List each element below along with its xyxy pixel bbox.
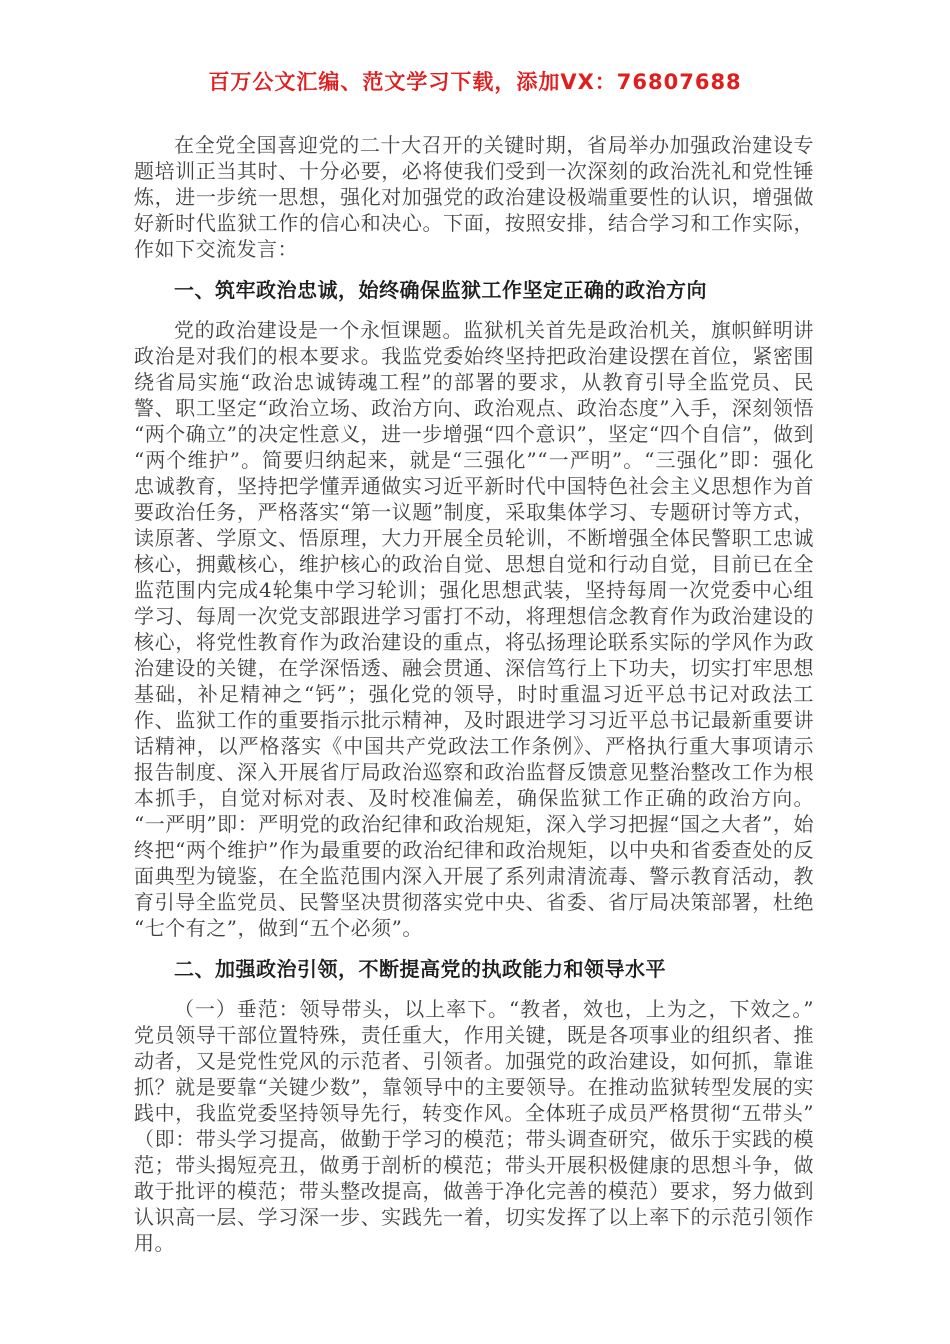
section-1-heading: 一、筑牢政治忠诚，始终确保监狱工作坚定正确的政治方向 [134, 277, 814, 303]
section-1-paragraph: 党的政治建设是一个永恒课题。监狱机关首先是政治机关，旗帜鲜明讲政治是对我们的根本… [134, 317, 814, 941]
document-body: 在全党全国喜迎党的二十大召开的关键时期，省局举办加强政治建设专题培训正当其时、十… [134, 132, 814, 1256]
section-2-heading: 二、加强政治引领，不断提高党的执政能力和领导水平 [134, 956, 814, 982]
intro-paragraph: 在全党全国喜迎党的二十大召开的关键时期，省局举办加强政治建设专题培训正当其时、十… [134, 132, 814, 262]
document-page: 百万公文汇编、范文学习下载，添加VX：76807688 在全党全国喜迎党的二十大… [0, 0, 950, 1344]
section-2-paragraph: （一）垂范：领导带头，以上率下。“教者，效也，上为之，下效之。”党员领导干部位置… [134, 996, 814, 1256]
promo-banner-text: 百万公文汇编、范文学习下载，添加VX：76807688 [0, 70, 950, 94]
